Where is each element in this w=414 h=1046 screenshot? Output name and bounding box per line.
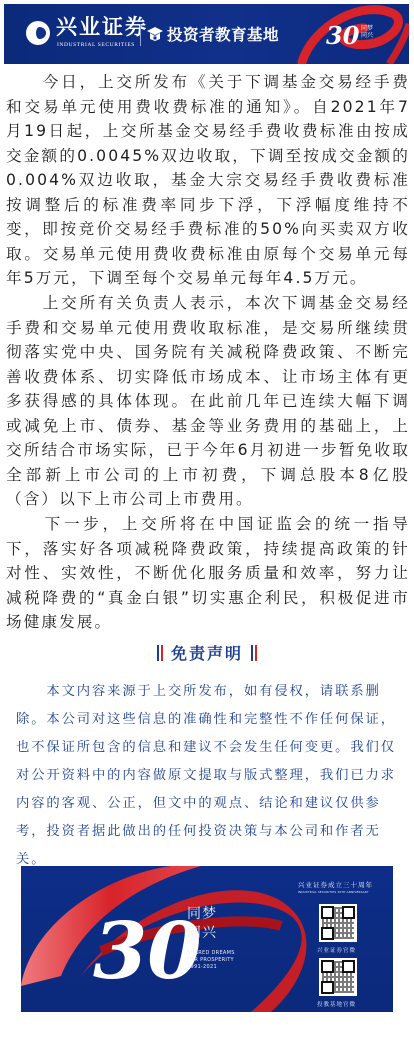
heading-bar-red (255, 645, 257, 661)
heading-bar-blue (157, 645, 159, 661)
svg-text:同兴: 同兴 (361, 31, 374, 39)
divider (140, 24, 141, 46)
slogan-en-line1: SHARED DREAMS (187, 950, 235, 956)
header-banner: 兴业证券 INDUSTRIAL SECURITIES 投资者教育基地 30 同梦… (4, 4, 409, 64)
years: 1991-2021 (187, 964, 217, 970)
slogan-en-line2: FOR PROSPERITY (187, 957, 234, 963)
article-paragraph-1: 今日，上交所发布《关于下调基金交易经手费和交易单元使用费收费标准的通知》。自20… (6, 70, 410, 291)
graduation-cap-icon (147, 26, 163, 42)
anniversary-mark: 30 (93, 906, 202, 997)
anniversary-title-cn: 兴业证券成立三十周年 (298, 880, 373, 889)
heading-bar-red (161, 645, 163, 661)
disclaimer-title: 免责声明 (171, 644, 243, 663)
qr-caption-2: 投教基地官微 (317, 1000, 356, 1008)
footer-anniversary-banner: 30 同梦 同兴 SHARED DREAMS FOR PROSPERITY 19… (21, 866, 393, 1012)
industrial-securities-logo-icon (26, 21, 50, 45)
anniversary-title-en: INDUSTRIAL SECURITIES 30TH ANNIVERSARY (298, 890, 369, 894)
slogan-cn-line2: 同兴 (187, 922, 217, 942)
qr-caption-1: 兴业证券官微 (317, 946, 356, 954)
anniversary-ribbon-graphic: 30 同梦 同兴 (294, 4, 409, 64)
article-paragraph-3: 下一步，上交所将在中国证监会的统一指导下，落实好各项减税降费政策，持续提高政策的… (6, 512, 410, 635)
brand-name-cn: 兴业证券 (56, 15, 148, 39)
slogan-cn-line1: 同梦 (187, 903, 217, 923)
section-title: 投资者教育基地 (167, 23, 279, 45)
disclaimer-heading: 免责声明 (0, 641, 414, 664)
qr-code-official-wechat (319, 904, 357, 942)
article-paragraph-2: 上交所有关负责人表示，本次下调基金交易经手费和交易单元使用费收取标准，是交易所继… (6, 291, 410, 512)
heading-bar-blue (251, 645, 253, 661)
anniversary-mark: 30 (326, 21, 360, 50)
brand-name-en: INDUSTRIAL SECURITIES (57, 42, 135, 48)
qr-code-education-base-wechat (319, 958, 357, 996)
svg-text:同梦: 同梦 (361, 24, 373, 32)
disclaimer-body: 本文内容来源于上交所发布，如有侵权，请联系删除。本公司对这些信息的准确性和完整性… (16, 678, 400, 874)
